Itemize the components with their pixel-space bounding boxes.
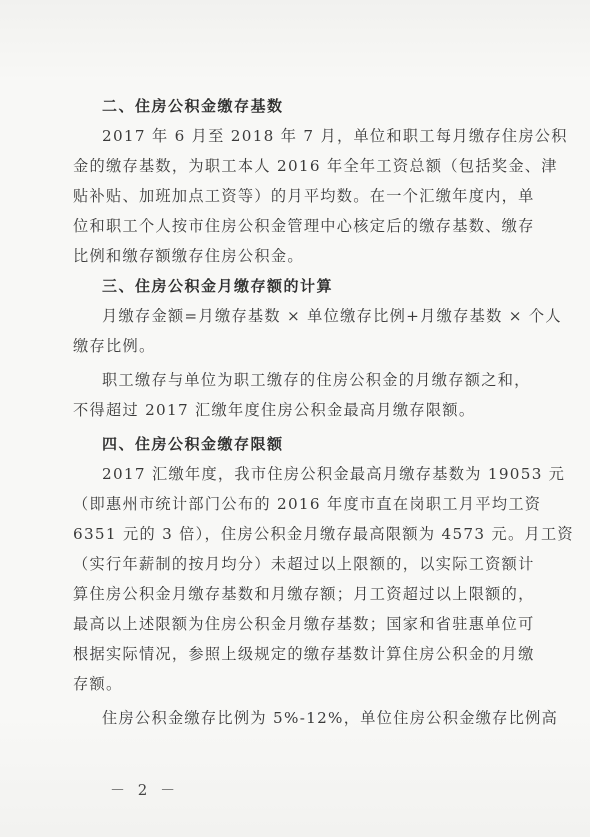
- document-body: 二、住房公积金缴存基数 2017 年 6 月至 2018 年 7 月，单位和职工…: [73, 91, 519, 733]
- paragraph-line: 2017 年 6 月至 2018 年 7 月，单位和职工每月缴存住房公积: [73, 121, 519, 151]
- paragraph-line: 职工缴存与单位为职工缴存的住房公积金的月缴存额之和，: [73, 365, 519, 395]
- paragraph-line: 2017 汇缴年度，我市住房公积金最高月缴存基数为 19053 元: [73, 459, 519, 489]
- paragraph-line: 存额。: [73, 669, 519, 699]
- paragraph-line: 金的缴存基数，为职工本人 2016 年全年工资总额（包括奖金、津: [73, 151, 519, 181]
- document-page: 二、住房公积金缴存基数 2017 年 6 月至 2018 年 7 月，单位和职工…: [0, 0, 590, 837]
- section-heading-2: 二、住房公积金缴存基数: [73, 91, 519, 121]
- paragraph-line: 6351 元的 3 倍），住房公积金月缴存最高限额为 4573 元。月工资: [73, 519, 519, 549]
- paragraph-line: 比例和缴存额缴存住房公积金。: [73, 241, 519, 271]
- section-heading-4: 四、住房公积金缴存限额: [73, 429, 519, 459]
- paragraph-line: 最高以上述限额为住房公积金月缴存基数；国家和省驻惠单位可: [73, 609, 519, 639]
- paragraph-line: 月缴存金额=月缴存基数 × 单位缴存比例+月缴存基数 × 个人: [73, 301, 519, 331]
- paragraph-line: 位和职工个人按市住房公积金管理中心核定后的缴存基数、缴存: [73, 211, 519, 241]
- paragraph-line: （即惠州市统计部门公布的 2016 年度市直在岗职工月平均工资: [73, 489, 519, 519]
- section-heading-3: 三、住房公积金月缴存额的计算: [73, 271, 519, 301]
- paragraph-line: （实行年薪制的按月均分）未超过以上限额的，以实际工资额计: [73, 549, 519, 579]
- paragraph-line: 贴补贴、加班加点工资等）的月平均数。在一个汇缴年度内，单: [73, 181, 519, 211]
- paragraph-line: 不得超过 2017 汇缴年度住房公积金最高月缴存限额。: [73, 395, 519, 425]
- paragraph-line: 算住房公积金月缴存基数和月缴存额；月工资超过以上限额的，: [73, 579, 519, 609]
- paragraph-line: 缴存比例。: [73, 331, 519, 361]
- paragraph-line: 根据实际情况，参照上级规定的缴存基数计算住房公积金的月缴: [73, 639, 519, 669]
- paragraph-line: 住房公积金缴存比例为 5%-12%，单位住房公积金缴存比例高: [73, 703, 519, 733]
- page-number: － 2 －: [110, 779, 179, 800]
